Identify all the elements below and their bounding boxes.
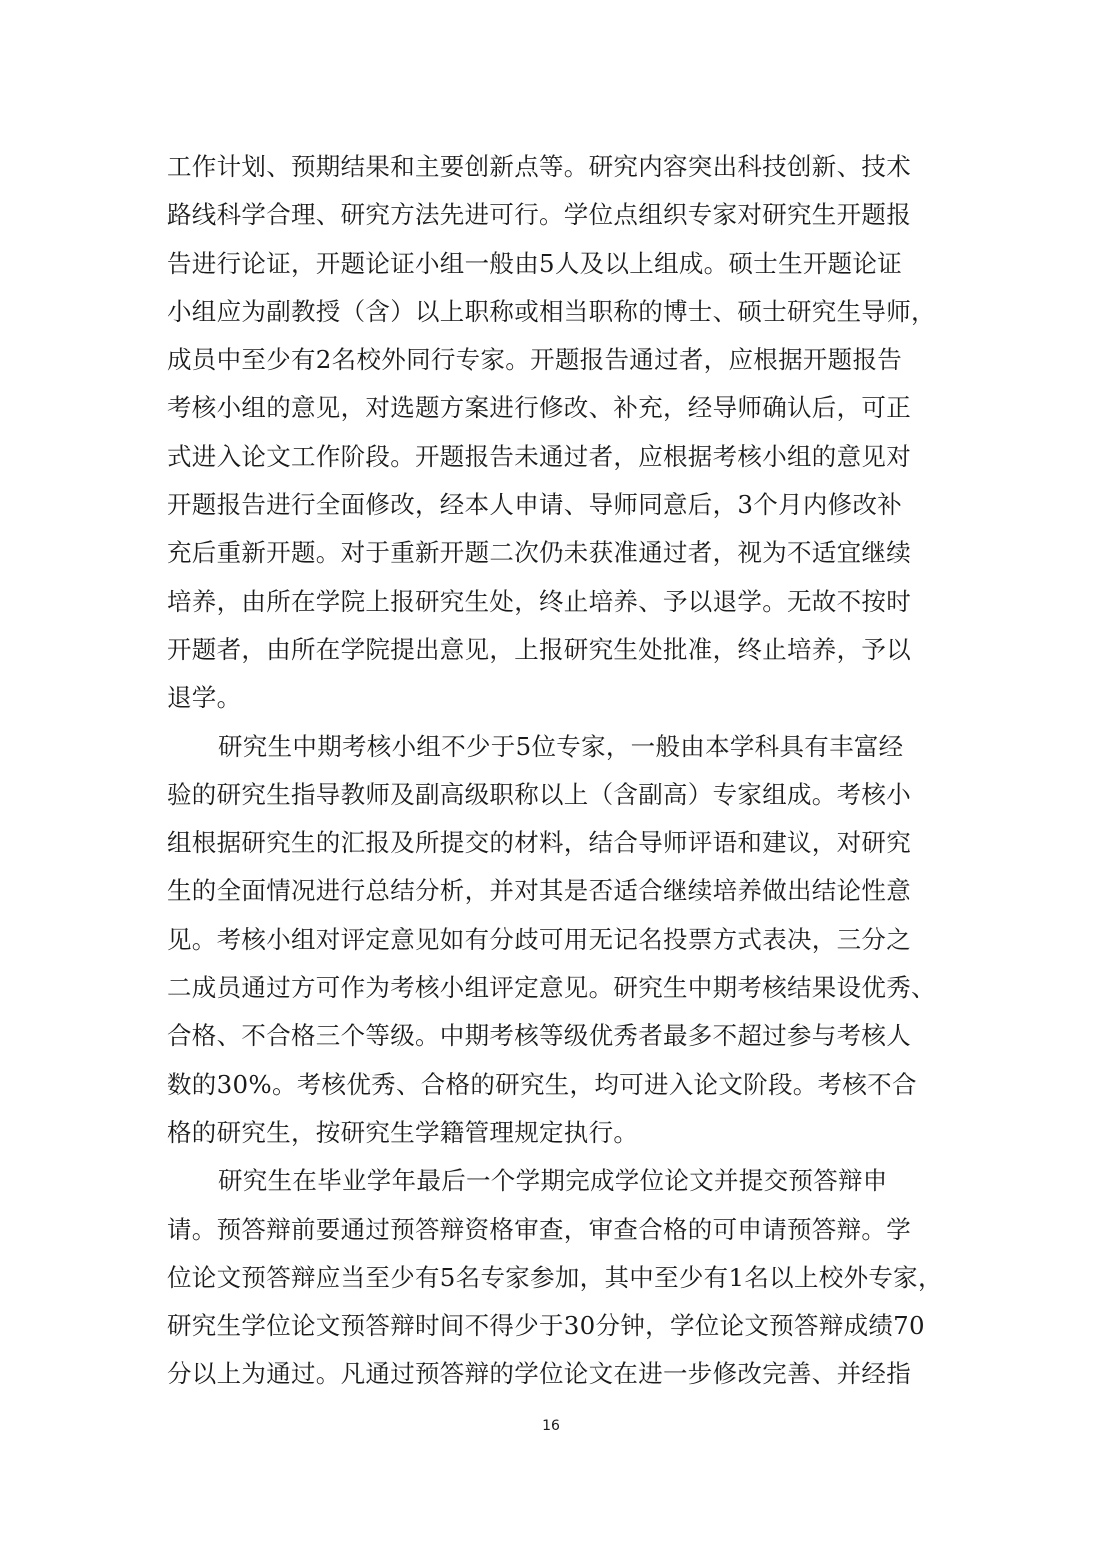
- text-line: 合格、不合格三个等级。中期考核等级优秀者最多不超过参与考核人: [167, 1012, 937, 1060]
- text-line: 组根据研究生的汇报及所提交的材料，结合导师评语和建议，对研究: [167, 819, 937, 867]
- paragraph-1: 工作计划、预期结果和主要创新点等。研究内容突出科技创新、技术 路线科学合理、研究…: [167, 143, 937, 723]
- paragraph-2: 研究生中期考核小组不少于5位专家，一般由本学科具有丰富经 验的研究生指导教师及副…: [167, 723, 937, 1158]
- text-line: 验的研究生指导教师及副高级职称以上（含副高）专家组成。考核小: [167, 771, 937, 819]
- document-body: 工作计划、预期结果和主要创新点等。研究内容突出科技创新、技术 路线科学合理、研究…: [167, 143, 937, 1399]
- text-line: 生的全面情况进行总结分析，并对其是否适合继续培养做出结论性意: [167, 867, 937, 915]
- text-line: 数的30%。考核优秀、合格的研究生，均可进入论文阶段。考核不合: [167, 1061, 937, 1109]
- text-line: 路线科学合理、研究方法先进可行。学位点组织专家对研究生开题报: [167, 191, 937, 239]
- text-line: 见。考核小组对评定意见如有分歧可用无记名投票方式表决，三分之: [167, 916, 937, 964]
- text-line: 位论文预答辩应当至少有5名专家参加，其中至少有1名以上校外专家，: [167, 1254, 937, 1302]
- text-line: 研究生学位论文预答辩时间不得少于30分钟，学位论文预答辩成绩70: [167, 1302, 937, 1350]
- text-line: 二成员通过方可作为考核小组评定意见。研究生中期考核结果设优秀、: [167, 964, 937, 1012]
- text-line: 研究生在毕业学年最后一个学期完成学位论文并提交预答辩申: [167, 1157, 937, 1205]
- text-line: 格的研究生，按研究生学籍管理规定执行。: [167, 1109, 937, 1157]
- text-line: 请。预答辩前要通过预答辩资格审查，审查合格的可申请预答辩。学: [167, 1206, 937, 1254]
- text-line: 充后重新开题。对于重新开题二次仍未获准通过者，视为不适宜继续: [167, 529, 937, 577]
- text-line: 小组应为副教授（含）以上职称或相当职称的博士、硕士研究生导师，: [167, 288, 937, 336]
- page-number: 16: [0, 1418, 1102, 1434]
- text-line: 考核小组的意见，对选题方案进行修改、补充，经导师确认后，可正: [167, 384, 937, 432]
- text-line: 开题者，由所在学院提出意见，上报研究生处批准，终止培养，予以: [167, 626, 937, 674]
- text-line: 退学。: [167, 674, 937, 722]
- text-line: 告进行论证，开题论证小组一般由5人及以上组成。硕士生开题论证: [167, 240, 937, 288]
- text-line: 成员中至少有2名校外同行专家。开题报告通过者，应根据开题报告: [167, 336, 937, 384]
- text-line: 培养，由所在学院上报研究生处，终止培养、予以退学。无故不按时: [167, 578, 937, 626]
- text-line: 分以上为通过。凡通过预答辩的学位论文在进一步修改完善、并经指: [167, 1350, 937, 1398]
- paragraph-3: 研究生在毕业学年最后一个学期完成学位论文并提交预答辩申 请。预答辩前要通过预答辩…: [167, 1157, 937, 1398]
- text-line: 研究生中期考核小组不少于5位专家，一般由本学科具有丰富经: [167, 723, 937, 771]
- document-page: 工作计划、预期结果和主要创新点等。研究内容突出科技创新、技术 路线科学合理、研究…: [0, 0, 1102, 1559]
- text-line: 开题报告进行全面修改，经本人申请、导师同意后，3个月内修改补: [167, 481, 937, 529]
- text-line: 式进入论文工作阶段。开题报告未通过者，应根据考核小组的意见对: [167, 433, 937, 481]
- text-line: 工作计划、预期结果和主要创新点等。研究内容突出科技创新、技术: [167, 143, 937, 191]
